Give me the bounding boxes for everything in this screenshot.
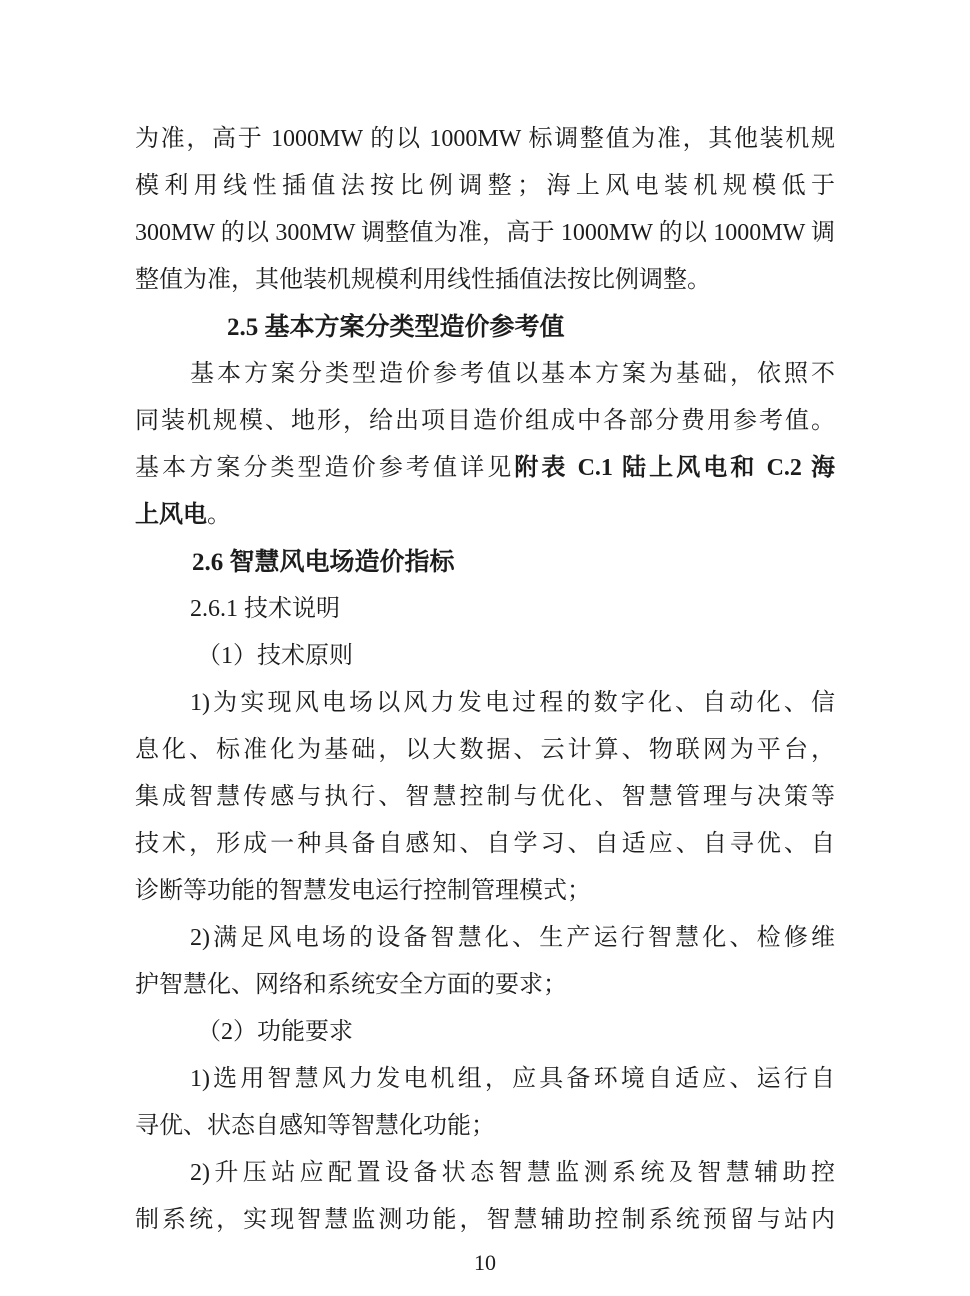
text-line: 上风电。: [135, 492, 835, 539]
heading-text: 2.6 智慧风电场造价指标: [192, 549, 455, 576]
text-line: 同装机规模、地形，给出项目造价组成中各部分费用参考值。: [135, 398, 835, 445]
text-run: 。: [207, 502, 231, 528]
subheading-2-6-1: 2.6.1 技术说明: [135, 586, 835, 633]
text-line: 模利用线性插值法按比例调整；海上风电装机规模低于: [135, 163, 835, 210]
text-run-bold: 上风电: [135, 502, 207, 528]
text-run-bold: 附表 C.1 陆上风电和 C.2 海: [514, 455, 835, 481]
text-line: 300MW 的以 300MW 调整值为准，高于 1000MW 的以 1000MW…: [135, 210, 835, 257]
text-run: 为准，高于 1000MW 的以 1000MW 标调整值为准，其他装机规: [135, 126, 835, 152]
page-number: 10: [0, 1248, 970, 1278]
text-run: 同装机规模、地形，给出项目造价组成中各部分费用参考值。: [135, 408, 835, 434]
text-run: （1）技术原则: [197, 643, 353, 669]
text-line: 1)选用智慧风力发电机组，应具备环境自适应、运行自: [135, 1056, 835, 1103]
list-label-1: （1）技术原则: [135, 633, 835, 680]
text-run: 护智慧化、网络和系统安全方面的要求；: [135, 972, 567, 998]
text-run: （2）功能要求: [197, 1019, 353, 1045]
text-line: 诊断等功能的智慧发电运行控制管理模式；: [135, 868, 835, 915]
text-run: 300MW 的以 300MW 调整值为准，高于 1000MW 的以 1000MW…: [135, 220, 835, 246]
text-run: 2)升压站应配置设备状态智慧监测系统及智慧辅助控: [190, 1160, 835, 1186]
text-line: 寻优、状态自感知等智慧化功能；: [135, 1103, 835, 1150]
text-line: 集成智慧传感与执行、智慧控制与优化、智慧管理与决策等: [135, 774, 835, 821]
text-line: 2)升压站应配置设备状态智慧监测系统及智慧辅助控: [135, 1150, 835, 1197]
text-line: 1)为实现风电场以风力发电过程的数字化、自动化、信: [135, 680, 835, 727]
section-heading-2-5: 2.5 基本方案分类型造价参考值: [135, 304, 835, 351]
text-line: 基本方案分类型造价参考值详见附表 C.1 陆上风电和 C.2 海: [135, 445, 835, 492]
text-run: 技术，形成一种具备自感知、自学习、自适应、自寻优、自: [135, 831, 835, 857]
text-run: 2)满足风电场的设备智慧化、生产运行智慧化、检修维: [190, 925, 835, 951]
text-line: 2)满足风电场的设备智慧化、生产运行智慧化、检修维: [135, 915, 835, 962]
text-line: 技术，形成一种具备自感知、自学习、自适应、自寻优、自: [135, 821, 835, 868]
text-line: 息化、标准化为基础，以大数据、云计算、物联网为平台，: [135, 727, 835, 774]
text-run: 模利用线性插值法按比例调整；海上风电装机规模低于: [135, 173, 835, 199]
heading-text: 2.6.1 技术说明: [190, 596, 340, 622]
text-run: 整值为准，其他装机规模利用线性插值法按比例调整。: [135, 267, 711, 293]
text-run: 制系统，实现智慧监测功能，智慧辅助控制系统预留与站内: [135, 1207, 835, 1233]
text-run: 诊断等功能的智慧发电运行控制管理模式；: [135, 878, 591, 904]
document-page: 为准，高于 1000MW 的以 1000MW 标调整值为准，其他装机规 模利用线…: [0, 0, 970, 1296]
text-line: 整值为准，其他装机规模利用线性插值法按比例调整。: [135, 257, 835, 304]
text-run: 息化、标准化为基础，以大数据、云计算、物联网为平台，: [135, 737, 835, 763]
text-line: 为准，高于 1000MW 的以 1000MW 标调整值为准，其他装机规: [135, 116, 835, 163]
text-run: 1)为实现风电场以风力发电过程的数字化、自动化、信: [190, 690, 835, 716]
text-line: 制系统，实现智慧监测功能，智慧辅助控制系统预留与站内: [135, 1197, 835, 1244]
text-run: 基本方案分类型造价参考值详见: [135, 455, 514, 481]
text-run: 寻优、状态自感知等智慧化功能；: [135, 1113, 495, 1139]
text-column: 为准，高于 1000MW 的以 1000MW 标调整值为准，其他装机规 模利用线…: [135, 116, 835, 1244]
text-run: 基本方案分类型造价参考值以基本方案为基础，依照不: [190, 361, 835, 387]
heading-text: 2.5 基本方案分类型造价参考值: [227, 314, 565, 341]
section-heading-2-6: 2.6 智慧风电场造价指标: [135, 539, 835, 586]
text-line: 护智慧化、网络和系统安全方面的要求；: [135, 962, 835, 1009]
text-line: 基本方案分类型造价参考值以基本方案为基础，依照不: [135, 351, 835, 398]
text-run: 1)选用智慧风力发电机组，应具备环境自适应、运行自: [190, 1066, 835, 1092]
text-run: 集成智慧传感与执行、智慧控制与优化、智慧管理与决策等: [135, 784, 835, 810]
list-label-2: （2）功能要求: [135, 1009, 835, 1056]
